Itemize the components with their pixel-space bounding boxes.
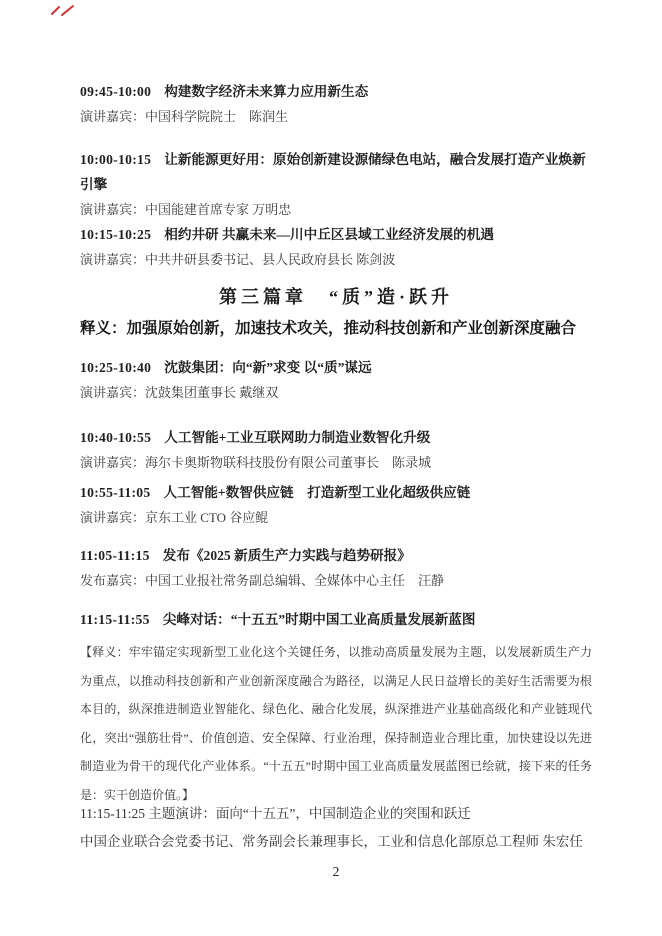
session-title-text: 让新能源更好用：原始创新建设源储绿色电站，融合发展打造产业焕新引擎 <box>80 152 586 192</box>
agenda-item: 09:45-10:00构建数字经济未来算力应用新生态 演讲嘉宾：中国科学院院士 … <box>80 79 592 129</box>
agenda-item: 10:00-10:15让新能源更好用：原始创新建设源储绿色电站，融合发展打造产业… <box>80 147 592 222</box>
agenda-item: 10:15-10:25相约井研 共赢未来—川中丘区县域工业经济发展的机遇 演讲嘉… <box>80 222 592 272</box>
session-time: 10:40-10:55 <box>80 430 151 445</box>
session-title-text: 构建数字经济未来算力应用新生态 <box>164 84 368 99</box>
page-content: 09:45-10:00构建数字经济未来算力应用新生态 演讲嘉宾：中国科学院院士 … <box>0 79 662 885</box>
chapter-subtitle: 释义：加强原始创新，加速技术攻关，推动科技创新和产业创新深度融合 <box>80 316 592 342</box>
interpretation-paragraph: 【释义：牢牢锚定实现新型工业化这个关键任务，以推动高质量发展为主题，以发展新质生… <box>80 638 592 809</box>
session-title-text: 相约井研 共赢未来—川中丘区县域工业经济发展的机遇 <box>164 227 494 242</box>
session-title-text: 尖峰对话：“十五五”时期中国工业高质量发展新蓝图 <box>163 612 476 627</box>
session-time: 10:15-10:25 <box>80 227 151 242</box>
document-page: 09:45-10:00构建数字经济未来算力应用新生态 演讲嘉宾：中国科学院院士 … <box>0 0 662 936</box>
session-speaker: 发布嘉宾：中国工业报社常务副总编辑、全媒体中心主任 汪静 <box>80 568 592 593</box>
agenda-item: 11:15-11:55尖峰对话：“十五五”时期中国工业高质量发展新蓝图 <box>80 607 592 632</box>
keynote-line: 11:15-11:25 主题演讲：面向“十五五”，中国制造企业的突围和跃迁 <box>80 801 592 826</box>
session-title-text: 沈鼓集团：向“新”求变 以“质”谋远 <box>164 360 371 375</box>
session-title: 10:40-10:55人工智能+工业互联网助力制造业数智化升级 <box>80 425 592 450</box>
agenda-item: 10:25-10:40沈鼓集团：向“新”求变 以“质”谋远 演讲嘉宾：沈鼓集团董… <box>80 355 592 405</box>
session-title-text: 人工智能+工业互联网助力制造业数智化升级 <box>164 430 430 445</box>
session-title: 11:05-11:15发布《2025 新质生产力实践与趋势研报》 <box>80 543 592 568</box>
session-time: 11:15-11:55 <box>80 612 150 627</box>
keynote-speaker: 中国企业联合会党委书记、常务副会长兼理事长，工业和信息化部原总工程师 朱宏任 <box>80 829 592 854</box>
chapter-heading: 第三篇章 “质”造·跃升 <box>80 285 592 310</box>
page-number: 2 <box>80 860 592 885</box>
session-speaker: 演讲嘉宾：海尔卡奥斯物联科技股份有限公司董事长 陈录城 <box>80 450 592 475</box>
session-time: 10:55-11:05 <box>80 485 151 500</box>
session-speaker: 演讲嘉宾：沈鼓集团董事长 戴继双 <box>80 380 592 405</box>
session-time: 09:45-10:00 <box>80 84 151 99</box>
session-title-text: 人工智能+数智供应链 打造新型工业化超级供应链 <box>164 485 471 500</box>
session-title: 11:15-11:55尖峰对话：“十五五”时期中国工业高质量发展新蓝图 <box>80 607 592 632</box>
session-speaker: 演讲嘉宾：中国能建首席专家 万明忠 <box>80 197 592 222</box>
session-speaker: 演讲嘉宾：中共井研县委书记、县人民政府县长 陈剑波 <box>80 247 592 272</box>
session-title-text: 发布《2025 新质生产力实践与趋势研报》 <box>163 548 411 563</box>
agenda-item: 10:40-10:55人工智能+工业互联网助力制造业数智化升级 演讲嘉宾：海尔卡… <box>80 425 592 475</box>
session-title: 10:15-10:25相约井研 共赢未来—川中丘区县域工业经济发展的机遇 <box>80 222 592 247</box>
red-annotation-mark <box>50 4 76 18</box>
agenda-item: 11:05-11:15发布《2025 新质生产力实践与趋势研报》 发布嘉宾：中国… <box>80 543 592 593</box>
session-speaker: 演讲嘉宾：中国科学院院士 陈润生 <box>80 104 592 129</box>
agenda-item: 10:55-11:05人工智能+数智供应链 打造新型工业化超级供应链 演讲嘉宾：… <box>80 480 592 530</box>
session-time: 10:00-10:15 <box>80 152 151 167</box>
session-time: 11:05-11:15 <box>80 548 150 563</box>
session-title: 10:55-11:05人工智能+数智供应链 打造新型工业化超级供应链 <box>80 480 592 505</box>
session-title: 10:00-10:15让新能源更好用：原始创新建设源储绿色电站，融合发展打造产业… <box>80 147 592 197</box>
session-title: 10:25-10:40沈鼓集团：向“新”求变 以“质”谋远 <box>80 355 592 380</box>
session-title: 09:45-10:00构建数字经济未来算力应用新生态 <box>80 79 592 104</box>
session-speaker: 演讲嘉宾：京东工业 CTO 谷应鲲 <box>80 505 592 530</box>
session-time: 10:25-10:40 <box>80 360 151 375</box>
